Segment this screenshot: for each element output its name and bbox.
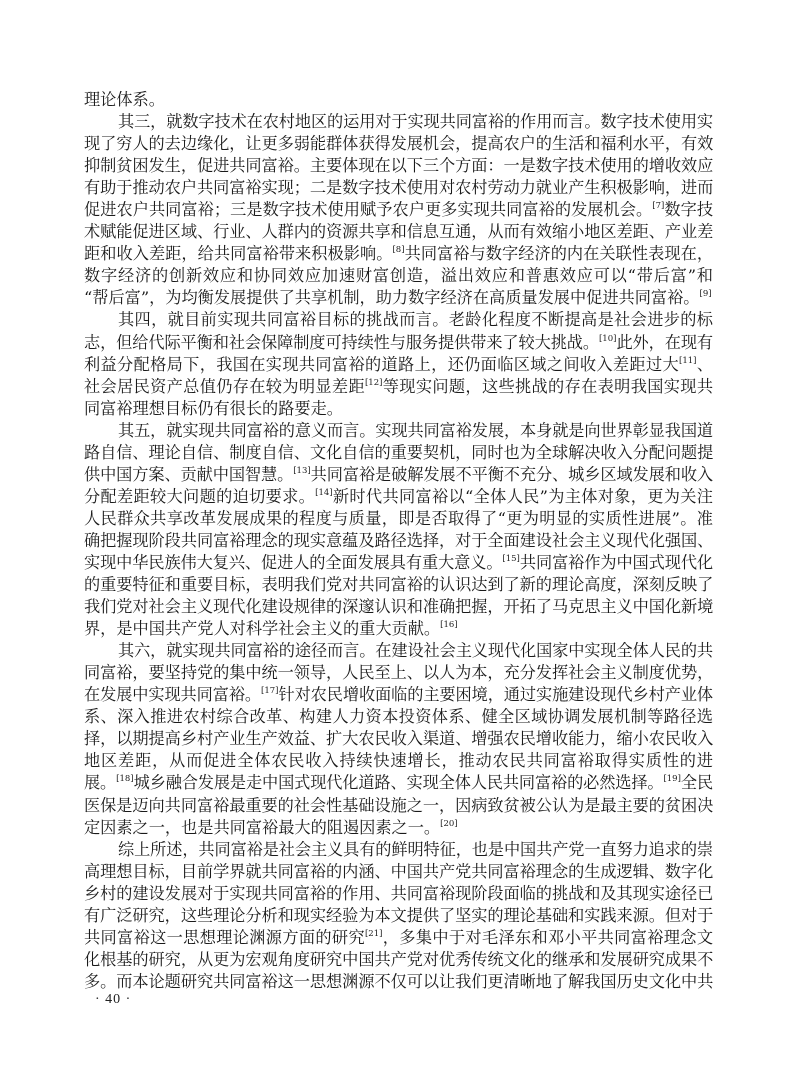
text-line: 人民群众共享改革发展成果的程度与质量，即是否取得了“更为明显的实质性进展”。准 <box>84 508 713 530</box>
text-line: 地区差距，从而促进全体农民收入持续快速增长，推动农民共同富裕取得实质性的进 <box>84 750 713 772</box>
text-line: 定因素之一，也是共同富裕最大的阻遏因素之一。[20] <box>84 817 713 839</box>
citation-marker: [15] <box>502 554 519 564</box>
text-segment: 的重要特征和重要目标，表明我们党对共同富裕的认识达到了新的理论高度，深刻反映了 <box>84 575 713 594</box>
citation-marker: [14] <box>315 488 332 498</box>
citation-marker: [16] <box>440 620 457 630</box>
text-segment: 有助于推动农户共同富裕实现；二是数字技术使用对农村劳动力就业产生积极影响，进而 <box>84 178 713 197</box>
text-segment: 共同富裕这一思想理论渊源方面的研究 <box>84 928 365 947</box>
text-segment: 多。而本论题研究共同富裕这一思想渊源不仅可以让我们更清晰地了解我国历史文化中共 <box>84 972 713 991</box>
text-segment: 距和收入差距，给共同富裕带来积极影响。 <box>84 244 392 263</box>
citation-marker: [19] <box>663 774 680 784</box>
text-line: 利益分配格局下，我国在实现共同富裕的道路上，还仍面临区域之间收入差距过大[11]… <box>84 354 713 376</box>
text-segment: 择，以期提高乡村产业生产效益、扩大农民收入渠道、增强农民增收能力，缩小农民收入 <box>84 729 713 748</box>
text-line: 促进农户共同富裕；三是数字技术使用赋予农户更多实现共同富裕的发展机会。[7]数字… <box>84 199 713 221</box>
text-segment: 共同富裕与数字经济的内在关联性表现在， <box>405 244 713 263</box>
citation-marker: [12] <box>365 378 382 388</box>
citation-marker: [17] <box>261 686 278 696</box>
text-segment: 城乡融合发展是走中国式现代化道路、实现全体人民共同富裕的必然选择。 <box>134 773 664 792</box>
paragraph-first-line: 其六，就实现共同富裕的途径而言。在建设社会主义现代化国家中实现全体人民的共 <box>84 640 713 662</box>
text-segment: 其三，就数字技术在农村地区的运用对于实现共同富裕的作用而言。数字技术使用实 <box>118 112 713 131</box>
text-segment: 抑制贫困发生，促进共同富裕。主要体现在以下三个方面：一是数字技术使用的增收效应 <box>84 156 713 175</box>
text-segment: 供中国方案、贡献中国智慧。 <box>84 465 293 484</box>
text-line: 同富裕理想目标仍有很长的路要走。 <box>84 398 713 420</box>
text-segment: 、 <box>696 355 713 374</box>
citation-marker: [9] <box>700 289 712 299</box>
citation-marker: [20] <box>440 819 457 829</box>
text-line: 化根基的研究，从更为宏观角度研究中国共产党对优秀传统文化的继承和发展研究成果不 <box>84 949 713 971</box>
text-line: 展。[18]城乡融合发展是走中国式现代化道路、实现全体人民共同富裕的必然选择。[… <box>84 772 713 794</box>
text-line: 的重要特征和重要目标，表明我们党对共同富裕的认识达到了新的理论高度，深刻反映了 <box>84 574 713 596</box>
text-line: 供中国方案、贡献中国智慧。[13]共同富裕是破解发展不平衡不充分、城乡区域发展和… <box>84 464 713 486</box>
text-segment: 共同富裕作为中国式现代化 <box>520 553 713 572</box>
citation-marker: [18] <box>116 774 133 784</box>
text-line: 我们党对社会主义现代化建设规律的深邃认识和准确把握，开拓了马克思主义中国化新境 <box>84 596 713 618</box>
page-number: · 40 · <box>95 992 131 1008</box>
text-segment: 数字技 <box>664 200 713 219</box>
text-line: 乡村的建设发展对于实现共同富裕的作用、共同富裕现阶段面临的挑战和及其现实途径已 <box>84 883 713 905</box>
text-line: 多。而本论题研究共同富裕这一思想渊源不仅可以让我们更清晰地了解我国历史文化中共 <box>84 971 713 993</box>
text-line: 志，但给代际平衡和社会保障制度可持续性与服务提供带来了较大挑战。[10]此外，在… <box>84 332 713 354</box>
text-line: 系、深入推进农村综合改革、构建人力资本投资体系、健全区域协调发展机制等路径选 <box>84 706 713 728</box>
text-segment: ，多集中于对毛泽东和邓小平共同富裕理念文 <box>382 928 713 947</box>
text-segment: 人民群众共享改革发展成果的程度与质量，即是否取得了“更为明显的实质性进展”。准 <box>84 509 713 528</box>
text-segment: 同富裕理想目标仍有很长的路要走。 <box>84 399 343 418</box>
text-segment: 现了穷人的去边缘化，让更多弱能群体获得发展机会，提高农户的生活和福利水平，有效 <box>84 134 713 153</box>
text-line: 社会居民资产总值仍存在较为明显差距[12]等现实问题，这些挑战的存在表明我国实现… <box>84 376 713 398</box>
paragraph-first-line: 其四，就目前实现共同富裕目标的挑战而言。老龄化程度不断提高是社会进步的标 <box>84 309 713 331</box>
body-text: 理论体系。其三，就数字技术在农村地区的运用对于实现共同富裕的作用而言。数字技术使… <box>84 89 713 993</box>
text-line: 路自信、理论自信、制度自信、文化自信的重要契机，同时也为全球解决收入分配问题提 <box>84 442 713 464</box>
text-line: 理论体系。 <box>84 89 713 111</box>
text-line: 术赋能促进区域、行业、人群内的资源共享和信息互通，从而有效缩小地区差距、产业差 <box>84 221 713 243</box>
text-line: 高理想目标，目前学界就共同富裕的内涵、中国共产党共同富裕理念的生成逻辑、数字化 <box>84 861 713 883</box>
text-segment: 路自信、理论自信、制度自信、文化自信的重要契机，同时也为全球解决收入分配问题提 <box>84 443 713 462</box>
text-line: 共同富裕这一思想理论渊源方面的研究[21]，多集中于对毛泽东和邓小平共同富裕理念… <box>84 927 713 949</box>
text-segment: 理论体系。 <box>84 90 165 109</box>
text-line: 择，以期提高乡村产业生产效益、扩大农民收入渠道、增强农民增收能力，缩小农民收入 <box>84 728 713 750</box>
text-segment: 地区差距，从而促进全体农民收入持续快速增长，推动农民共同富裕取得实质性的进 <box>84 751 713 770</box>
text-line: 在发展中实现共同富裕。[17]针对农民增收面临的主要困境，通过实施建设现代乡村产… <box>84 684 713 706</box>
text-segment: 化根基的研究，从更为宏观角度研究中国共产党对优秀传统文化的继承和发展研究成果不 <box>84 950 713 969</box>
text-segment: 利益分配格局下，我国在实现共同富裕的道路上，还仍面临区域之间收入差距过大 <box>84 355 679 374</box>
text-line: 分配差距较大问题的迫切要求。[14]新时代共同富裕以“全体人民”为主体对象，更为… <box>84 486 713 508</box>
text-segment: 定因素之一，也是共同富裕最大的阻遏因素之一。 <box>84 818 440 837</box>
text-segment: 实现中华民族伟大复兴、促进人的全面发展具有重大意义。 <box>84 553 502 572</box>
text-segment: 促进农户共同富裕；三是数字技术使用赋予农户更多实现共同富裕的发展机会。 <box>84 200 652 219</box>
text-segment: 我们党对社会主义现代化建设规律的深邃认识和准确把握，开拓了马克思主义中国化新境 <box>84 597 713 616</box>
text-segment: 分配差距较大问题的迫切要求。 <box>84 487 315 506</box>
text-segment: 展。 <box>84 773 116 792</box>
text-line: 有助于推动农户共同富裕实现；二是数字技术使用对农村劳动力就业产生积极影响，进而 <box>84 177 713 199</box>
text-segment: 有广泛研究，这些理论分析和现实经验为本文提供了坚实的理论基础和实践来源。但对于 <box>84 906 713 925</box>
text-segment: 在发展中实现共同富裕。 <box>84 685 261 704</box>
document-page: 理论体系。其三，就数字技术在农村地区的运用对于实现共同富裕的作用而言。数字技术使… <box>0 0 793 1077</box>
text-segment: 界，是中国共产党人对科学社会主义的重大贡献。 <box>84 619 440 638</box>
text-segment: 其五，就实现共同富裕的意义而言。实现共同富裕发展，本身就是向世界彰显我国道 <box>118 421 713 440</box>
text-segment: 术赋能促进区域、行业、人群内的资源共享和信息互通，从而有效缩小地区差距、产业差 <box>84 222 713 241</box>
paragraph-first-line: 其三，就数字技术在农村地区的运用对于实现共同富裕的作用而言。数字技术使用实 <box>84 111 713 133</box>
text-line: 距和收入差距，给共同富裕带来积极影响。[8]共同富裕与数字经济的内在关联性表现在… <box>84 243 713 265</box>
text-segment: 乡村的建设发展对于实现共同富裕的作用、共同富裕现阶段面临的挑战和及其现实途径已 <box>84 884 713 903</box>
text-segment: 此外，在现有 <box>616 333 713 352</box>
citation-marker: [8] <box>392 245 404 255</box>
text-line: 确把握现阶段共同富裕理念的现实意蕴及路径选择，对于全面建设社会主义现代化强国、 <box>84 530 713 552</box>
text-segment: 新时代共同富裕以“全体人民”为主体对象，更为关注 <box>333 487 713 506</box>
text-line: 实现中华民族伟大复兴、促进人的全面发展具有重大意义。[15]共同富裕作为中国式现… <box>84 552 713 574</box>
paragraph-first-line: 其五，就实现共同富裕的意义而言。实现共同富裕发展，本身就是向世界彰显我国道 <box>84 420 713 442</box>
paragraph-first-line: 综上所述，共同富裕是社会主义具有的鲜明特征，也是中国共产党一直努力追求的崇 <box>84 839 713 861</box>
text-segment: 高理想目标，目前学界就共同富裕的内涵、中国共产党共同富裕理念的生成逻辑、数字化 <box>84 862 713 881</box>
text-segment: 等现实问题，这些挑战的存在表明我国实现共 <box>382 377 713 396</box>
text-line: 有广泛研究，这些理论分析和现实经验为本文提供了坚实的理论基础和实践来源。但对于 <box>84 905 713 927</box>
text-segment: 共同富裕是破解发展不平衡不充分、城乡区域发展和收入 <box>311 465 713 484</box>
text-segment: 同富裕，要坚持党的集中统一领导，人民至上、以人为本，充分发挥社会主义制度优势， <box>84 663 713 682</box>
text-segment: 其四，就目前实现共同富裕目标的挑战而言。老龄化程度不断提高是社会进步的标 <box>118 310 713 329</box>
text-segment: 其六，就实现共同富裕的途径而言。在建设社会主义现代化国家中实现全体人民的共 <box>118 641 713 660</box>
text-segment: 综上所述，共同富裕是社会主义具有的鲜明特征，也是中国共产党一直努力追求的崇 <box>118 840 713 859</box>
citation-marker: [10] <box>599 334 616 344</box>
text-line: “帮后富”，为均衡发展提供了共享机制，助力数字经济在高质量发展中促进共同富裕。[… <box>84 287 713 309</box>
citation-marker: [7] <box>652 201 664 211</box>
text-segment: 志，但给代际平衡和社会保障制度可持续性与服务提供带来了较大挑战。 <box>84 333 599 352</box>
text-line: 同富裕，要坚持党的集中统一领导，人民至上、以人为本，充分发挥社会主义制度优势， <box>84 662 713 684</box>
text-line: 医保是迈向共同富裕最重要的社会性基础设施之一，因病致贫被公认为是最主要的贫困决 <box>84 795 713 817</box>
text-segment: 确把握现阶段共同富裕理念的现实意蕴及路径选择，对于全面建设社会主义现代化强国、 <box>84 531 713 550</box>
text-segment: 社会居民资产总值仍存在较为明显差距 <box>84 377 365 396</box>
text-segment: 数字经济的创新效应和协同效应加速财富创造，溢出效应和普惠效应可以“带后富”和 <box>84 266 713 285</box>
text-line: 数字经济的创新效应和协同效应加速财富创造，溢出效应和普惠效应可以“带后富”和 <box>84 265 713 287</box>
text-line: 现了穷人的去边缘化，让更多弱能群体获得发展机会，提高农户的生活和福利水平，有效 <box>84 133 713 155</box>
text-segment: 全民 <box>681 773 713 792</box>
text-segment: 针对农民增收面临的主要困境，通过实施建设现代乡村产业体 <box>278 685 713 704</box>
citation-marker: [11] <box>679 356 696 366</box>
text-segment: “帮后富”，为均衡发展提供了共享机制，助力数字经济在高质量发展中促进共同富裕。 <box>84 288 700 307</box>
text-segment: 医保是迈向共同富裕最重要的社会性基础设施之一，因病致贫被公认为是最主要的贫困决 <box>84 796 713 815</box>
citation-marker: [21] <box>365 929 382 939</box>
text-line: 抑制贫困发生，促进共同富裕。主要体现在以下三个方面：一是数字技术使用的增收效应 <box>84 155 713 177</box>
citation-marker: [13] <box>293 466 310 476</box>
text-segment: 系、深入推进农村综合改革、构建人力资本投资体系、健全区域协调发展机制等路径选 <box>84 707 713 726</box>
text-line: 界，是中国共产党人对科学社会主义的重大贡献。[16] <box>84 618 713 640</box>
